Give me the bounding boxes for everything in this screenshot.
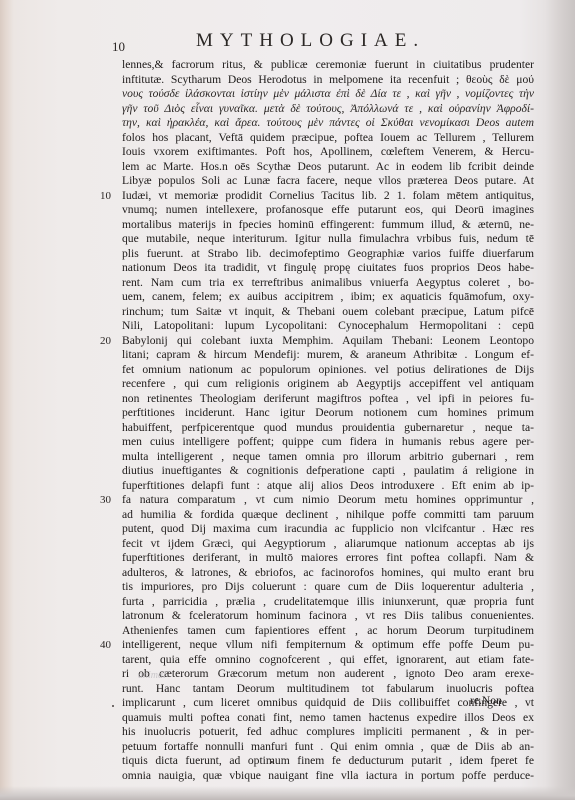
text-line: non retinentes Theologiam deriferunt mag…	[122, 392, 534, 407]
text-line-content: adulteros, & latrones, & ebriofos, ac fa…	[122, 566, 534, 581]
text-line-content: rent. Nam cum tria ex terreftribus anima…	[122, 276, 534, 291]
book-page: 10 MYTHOLOGIAE. lennes,& facrorum ritus,…	[0, 0, 575, 800]
text-line: tarent, quia effe omnino cognofcerent , …	[122, 653, 534, 668]
line-number-marker: 20	[100, 334, 111, 349]
text-line-content: Iudæi, vt memoriæ prodidit Cornelius Tac…	[122, 189, 534, 204]
text-line-content: mortalibus materijs in fpecies hominū ef…	[122, 218, 534, 233]
text-line-content: tis impuriores, pro Dijs coluerunt : qua…	[122, 580, 534, 595]
text-line: νους τούσδε ἱλάσκονται ἱστίην μὲν μάλιστ…	[122, 87, 534, 102]
text-line-content: tiquis dicta fuerunt, ad optimum finem f…	[122, 754, 534, 769]
text-line-content: γῆν τοῦ Διὸς εἶναι γυναῖκα. μετὰ δὲ τούτ…	[122, 102, 534, 117]
text-line-content: plis fuerunt. at Strabo lib. decimofepti…	[122, 247, 534, 262]
text-line-content: his inuolucris potuerit, fed adhuc compl…	[122, 725, 534, 740]
text-line-content: fuperftitiones delapfi funt : atque alij…	[122, 479, 534, 494]
text-line-content: habuiffent, perfpicerentque quod mundus …	[122, 421, 534, 436]
ink-speck	[270, 761, 273, 763]
text-line-content: fecit vt ijdem Græci, qui Aegyptiorum , …	[122, 537, 534, 552]
text-line: recenfere , qui cum religionis originem …	[122, 377, 534, 392]
text-line: Iudæi, vt memoriæ prodidit Cornelius Tac…	[122, 189, 534, 204]
line-number-marker: 40	[100, 638, 111, 653]
text-line-content: ad humilia & fordida quæque declinent , …	[122, 508, 534, 523]
text-line-content: quamuis multi poftea conati fint, nemo t…	[122, 711, 534, 726]
text-line: rinchum; tum Saitæ vt inquit, & Thebani …	[122, 305, 534, 320]
text-line: inftitutæ. Scytharum Deos Herodotus in m…	[122, 73, 534, 88]
text-line-content: petuum fortaffe nonnulli manfuri funt . …	[122, 740, 534, 755]
text-line: habuiffent, perfpicerentque quod mundus …	[122, 421, 534, 436]
text-line-content: tarent, quia effe omnino cognofcerent , …	[122, 653, 534, 668]
text-line: intelligerent, neque vllum nifi fempiter…	[122, 638, 534, 653]
catchword: re.Non	[470, 694, 502, 707]
text-line: putent, quod Dij maxima cum iracundia ac…	[122, 522, 534, 537]
text-line-content: non retinentes Theologiam deriferunt mag…	[122, 392, 534, 407]
ink-speck	[112, 705, 114, 707]
text-line-content: multa intelligerent , neque tamen omnia …	[122, 450, 534, 465]
text-line-content: latronum & fceleratorum hominum facinora…	[122, 609, 534, 624]
text-line-content: την, καὶ ἡρακλέα, καὶ ἄρεα. τούτους μὲν …	[122, 116, 534, 131]
text-line: Babylonij qui colebant iuxta Memphim. Aq…	[122, 334, 534, 349]
text-line-content: ri ob cæterorum Græcorum metum non auder…	[122, 667, 534, 682]
text-line: omnia nauigia, quæ vbique nauigant fine …	[122, 769, 534, 784]
text-line-content: νους τούσδε ἱλάσκονται ἱστίην μὲν μάλιστ…	[122, 87, 534, 102]
body-text: lennes,& facrorum ritus, & publicæ cerem…	[122, 58, 534, 783]
text-line-content: intelligerent, neque vllum nifi fempiter…	[122, 638, 534, 653]
text-line: perftitiones inciderunt. Hanc igitur Deo…	[122, 406, 534, 421]
text-line: Iouis vxorem exiftimantes. Poft hos, Apo…	[122, 145, 534, 160]
text-line: plis fuerunt. at Strabo lib. decimofepti…	[122, 247, 534, 262]
text-line-content: folos hos placant, Veftā quidem præcipue…	[122, 131, 534, 146]
text-line: γῆν τοῦ Διὸς εἶναι γυναῖκα. μετὰ δὲ τούτ…	[122, 102, 534, 117]
text-line: vnumq; numen intellexere, profanosque ef…	[122, 203, 534, 218]
text-line: petuum fortaffe nonnulli manfuri funt . …	[122, 740, 534, 755]
text-line: folos hos placant, Veftā quidem præcipue…	[122, 131, 534, 146]
text-line: quamuis multi poftea conati fint, nemo t…	[122, 711, 534, 726]
text-line-content: perftitiones inciderunt. Hanc igitur Deo…	[122, 406, 534, 421]
text-line: latronum & fceleratorum hominum facinora…	[122, 609, 534, 624]
text-line-content: que mutabile, neque interiturum. Igitur …	[122, 232, 534, 247]
text-line: diutius inueftigantes & cognitionis defp…	[122, 464, 534, 479]
text-line-content: lem ac Marte. Hos.n oēs Scythæ Deos puta…	[122, 160, 534, 175]
text-line-content: uem, canem, felem; ex auibus accipitrem …	[122, 290, 534, 305]
text-line: rent. Nam cum tria ex terreftribus anima…	[122, 276, 534, 291]
text-line-content: rinchum; tum Saitæ vt inquit, & Thebani …	[122, 305, 534, 320]
text-line: his inuolucris potuerit, fed adhuc compl…	[122, 725, 534, 740]
text-line-content: Babylonij qui colebant iuxta Memphim. Aq…	[122, 334, 534, 349]
text-line: men cuius intelligere poffent; quippe cu…	[122, 435, 534, 450]
text-line: fa natura comparatum , vt cum nimio Deor…	[122, 493, 534, 508]
text-line: que mutabile, neque interiturum. Igitur …	[122, 232, 534, 247]
text-line: fuperftitiones deriferant, in multō maio…	[122, 551, 534, 566]
text-line: furta , parricidia , prælia , crudelitat…	[122, 595, 534, 610]
text-line: fet omnium nationum ac populorum opinion…	[122, 363, 534, 378]
text-line-content: fuperftitiones deriferant, in multō maio…	[122, 551, 534, 566]
page-header: 10 MYTHOLOGIAE.	[112, 30, 532, 54]
text-line-content: diutius inueftigantes & cognitionis defp…	[122, 464, 534, 479]
text-line: την, καὶ ἡρακλέα, καὶ ἄρεα. τούτους μὲν …	[122, 116, 534, 131]
page-number: 10	[112, 39, 125, 55]
text-line-content: inftitutæ. Scytharum Deos Herodotus in m…	[122, 73, 534, 88]
running-title: MYTHOLOGIAE.	[196, 30, 425, 52]
text-line: adulteros, & latrones, & ebriofos, ac fa…	[122, 566, 534, 581]
text-line: ri ob cæterorum Græcorum metum non auder…	[122, 667, 534, 682]
text-line: multa intelligerent , neque tamen omnia …	[122, 450, 534, 465]
text-line: tiquis dicta fuerunt, ad optimum finem f…	[122, 754, 534, 769]
text-line: fecit vt ijdem Græci, qui Aegyptiorum , …	[122, 537, 534, 552]
text-line: Athenienfes tamen cum fapientiores effen…	[122, 624, 534, 639]
text-line-content: furta , parricidia , prælia , crudelitat…	[122, 595, 534, 610]
text-line: ad humilia & fordida quæque declinent , …	[122, 508, 534, 523]
text-line-content: vnumq; numen intellexere, profanosque ef…	[122, 203, 534, 218]
text-line: fuperftitiones delapfi funt : atque alij…	[122, 479, 534, 494]
text-line-content: fa natura comparatum , vt cum nimio Deor…	[122, 493, 534, 508]
text-line: uem, canem, felem; ex auibus accipitrem …	[122, 290, 534, 305]
text-line: mortalibus materijs in fpecies hominū ef…	[122, 218, 534, 233]
text-line: lennes,& facrorum ritus, & publicæ cerem…	[122, 58, 534, 73]
text-line: nationum Deos ita tradidit, vt fingulę p…	[122, 261, 534, 276]
text-line: Nili, Latopolitani: lupum Lycopolitani: …	[122, 319, 534, 334]
text-line-content: Nili, Latopolitani: lupum Lycopolitani: …	[122, 319, 534, 334]
line-number-marker: 10	[100, 189, 111, 204]
text-line-content: putent, quod Dij maxima cum iracundia ac…	[122, 522, 534, 537]
text-line: litani; capram & hircum Mendefij: murem,…	[122, 348, 534, 363]
text-line: tis impuriores, pro Dijs coluerunt : qua…	[122, 580, 534, 595]
text-line-content: men cuius intelligere poffent; quippe cu…	[122, 435, 534, 450]
text-line-content: lennes,& facrorum ritus, & publicæ cerem…	[122, 58, 534, 73]
text-line-content: omnia nauigia, quæ vbique nauigant fine …	[122, 769, 534, 784]
text-line-content: fet omnium nationum ac populorum opinion…	[122, 363, 534, 378]
text-line-content: nationum Deos ita tradidit, vt fingulę p…	[122, 261, 534, 276]
text-line-content: Libyæ populos Soli ac Lunæ facra facere,…	[122, 174, 534, 189]
line-number-marker: 30	[100, 493, 111, 508]
text-line-content: litani; capram & hircum Mendefij: murem,…	[122, 348, 534, 363]
text-line-content: recenfere , qui cum religionis originem …	[122, 377, 534, 392]
text-line: Libyæ populos Soli ac Lunæ facra facere,…	[122, 174, 534, 189]
show-through-text: animal	[138, 670, 166, 681]
text-line-content: Iouis vxorem exiftimantes. Poft hos, Apo…	[122, 145, 534, 160]
text-line: lem ac Marte. Hos.n oēs Scythæ Deos puta…	[122, 160, 534, 175]
text-line-content: Athenienfes tamen cum fapientiores effen…	[122, 624, 534, 639]
